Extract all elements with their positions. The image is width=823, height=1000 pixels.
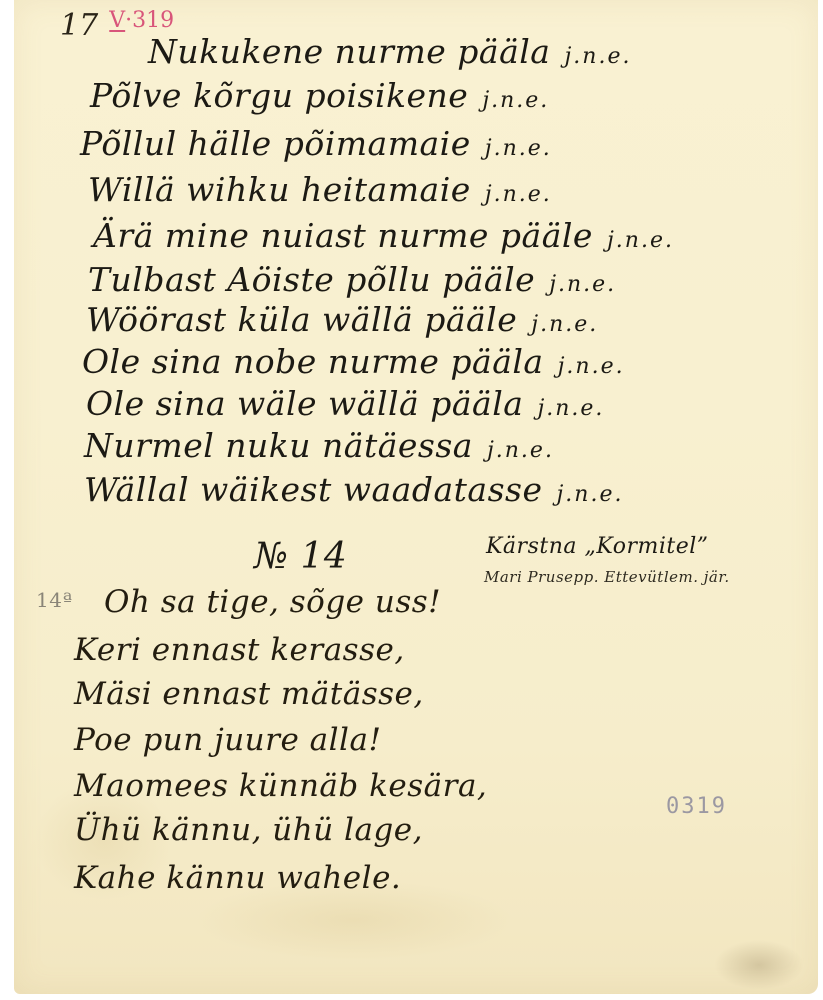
verse-ref: j.n.e. (531, 312, 598, 337)
verse-text: Põlve kõrgu poisikene (90, 76, 468, 115)
archive-stamp-number: 319 (132, 8, 174, 33)
verse-text: Tulbast Aöiste põllu pääle (88, 260, 535, 299)
verse-text: Wällal wäikest waadatasse (84, 470, 542, 509)
verse-text: Ole sina nobe nurme pääla (82, 342, 544, 381)
verse-line: Põlve kõrgu poisikenej.n.e. (90, 76, 549, 115)
poem-line: Kahe kännu wahele. (74, 860, 401, 896)
verse-text: Nukukene nurme pääla (148, 32, 550, 71)
verse-line: Ole sina nobe nurme päälaj.n.e. (82, 342, 625, 381)
verse-ref: j.n.e. (485, 182, 552, 207)
inventory-stamp: 0319 (666, 794, 727, 819)
poem-line: Maomees künnäb kesära, (74, 768, 487, 804)
verse-text: Ärä mine nuiast nurme pääle (93, 216, 593, 255)
verse-line: Ärä mine nuiast nurme päälej.n.e. (93, 216, 674, 255)
verse-line: Tulbast Aöiste põllu päälej.n.e. (88, 260, 616, 299)
archive-stamp-roman: V (109, 8, 125, 33)
verse-ref: j.n.e. (558, 354, 625, 379)
poem-line: Poe pun juure alla! (74, 722, 381, 758)
verse-ref: j.n.e. (487, 438, 554, 463)
verse-text: Wöörast küla wällä pääle (86, 300, 517, 339)
verse-ref: j.n.e. (485, 136, 552, 161)
verse-text: Põllul hälle põimamaie (80, 124, 471, 163)
verse-line: Willä wihku heitamaiej.n.e. (88, 170, 552, 209)
verse-ref: j.n.e. (556, 482, 623, 507)
note-title: Kärstna „Kormitel” (486, 534, 709, 559)
verse-ref: j.n.e. (607, 228, 674, 253)
poem-line: Ühü kännu, ühü lage, (74, 812, 423, 848)
poem-line: Oh sa tige, sõge uss! (104, 584, 441, 620)
archive-stamp: V·319 (109, 8, 174, 33)
verse-ref: j.n.e. (537, 396, 604, 421)
verse-line: Wällal wäikest waadatassej.n.e. (84, 470, 623, 509)
page-number: 17 (60, 8, 98, 43)
verse-line: Ole sina wäle wällä päälaj.n.e. (86, 384, 604, 423)
note-source: Mari Prusepp. Ettevütlem. jär. (484, 568, 730, 586)
verse-line: Nukukene nurme päälaj.n.e. (148, 32, 631, 71)
verse-line: Wöörast küla wällä päälej.n.e. (86, 300, 598, 339)
verse-text: Ole sina wäle wällä pääla (86, 384, 523, 423)
paper-stain (714, 940, 804, 990)
verse-line: Nurmel nuku nätäessaj.n.e. (84, 426, 554, 465)
poem-line: Keri ennast kerasse, (74, 632, 405, 668)
margin-number: 14ª (36, 588, 72, 612)
section-heading: № 14 (254, 536, 347, 577)
poem-line: Mäsi ennast mätässe, (74, 676, 424, 712)
verse-text: Willä wihku heitamaie (88, 170, 471, 209)
verse-text: Nurmel nuku nätäessa (84, 426, 473, 465)
verse-ref: j.n.e. (549, 272, 616, 297)
verse-ref: j.n.e. (482, 88, 549, 113)
verse-ref: j.n.e. (564, 44, 631, 69)
verse-line: Põllul hälle põimamaiej.n.e. (80, 124, 552, 163)
